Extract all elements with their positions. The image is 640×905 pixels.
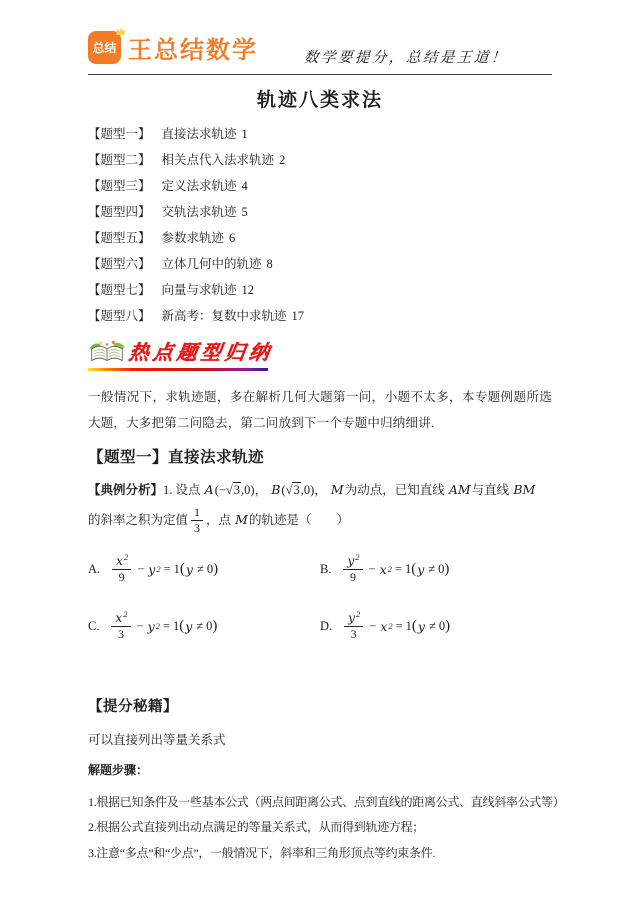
tips-line: 可以直接列出等量关系式 <box>88 730 552 748</box>
problem-text: 的轨迹是（ ） <box>249 513 349 527</box>
toc-item: 【题型四】交轨法求轨迹5 <box>88 199 552 225</box>
fraction-denominator: 3 <box>111 627 130 642</box>
toc-item: 【题型三】定义法求轨迹4 <box>88 173 552 199</box>
neq-sign: ≠ <box>194 562 207 577</box>
example-problem: 【典例分析】1. 设点 A(−√3,0)， B(√3,0)， M为动点，已知直线… <box>88 475 552 537</box>
step-item: 2.根据公式直接列出动点满足的等量关系式，从而得到轨迹方程； <box>88 815 552 841</box>
math-var-M: M <box>330 482 345 497</box>
neq-sign: ≠ <box>425 562 438 577</box>
tips-heading: 【提分秘籍】 <box>88 695 552 716</box>
fraction-numerator: 1 <box>191 505 203 521</box>
choice-label: D. <box>320 619 332 634</box>
toc-item-page: 12 <box>242 283 255 297</box>
sqrt-radical: √3 <box>226 476 241 505</box>
math-text: (− <box>215 483 226 497</box>
choice-D: D. y23 −x2 =1(y≠0) <box>320 610 552 643</box>
toc-item-text: 向量与求轨迹 <box>162 283 237 297</box>
problem-text: 与直线 <box>472 483 510 497</box>
toc-item: 【题型六】立体几何中的轨迹8 <box>88 251 552 277</box>
brand-badge: 总结 <box>88 31 121 64</box>
radical-sign: √ <box>286 483 293 497</box>
fraction-numerator: x2 <box>111 609 130 627</box>
toc-item-page: 6 <box>229 231 235 245</box>
math-var: y <box>147 619 156 634</box>
brand-name: 王总结数学 <box>128 30 258 65</box>
paren-close: ) <box>444 561 449 578</box>
fraction-numerator: y2 <box>344 609 363 627</box>
banner-gradient-underline <box>88 368 268 371</box>
equals-sign: = <box>393 619 406 634</box>
toc-item-text: 交轨法求轨迹 <box>162 205 237 219</box>
math-var: y <box>147 562 156 577</box>
toc-item: 【题型一】直接法求轨迹1 <box>88 121 552 147</box>
tips-steps-label: 解题步骤： <box>88 761 552 778</box>
fraction-numerator: y2 <box>343 552 362 570</box>
choice-label: C. <box>88 619 99 634</box>
fraction-denominator: 3 <box>191 521 203 536</box>
problem-line-1: 【典例分析】1. 设点 A(−√3,0)， B(√3,0)， M为动点，已知直线… <box>88 475 552 505</box>
toc-item: 【题型五】参数求轨迹6 <box>88 225 552 251</box>
problem-text: ，点 <box>206 513 231 527</box>
brand-slogan: 数学要提分，总结是王道！ <box>303 46 508 67</box>
math-var: x <box>379 562 388 577</box>
math-var: y <box>184 619 193 634</box>
toc-item-page: 1 <box>242 127 248 141</box>
sqrt-radical: √3 <box>286 476 301 505</box>
paren-close: ) <box>213 561 218 578</box>
hot-topics-banner: 热点题型归纳 <box>88 336 273 371</box>
fraction-denominator: 9 <box>343 570 362 585</box>
math-var-A: A <box>204 482 215 497</box>
example-label: 【典例分析】 <box>88 483 163 497</box>
toc-item-label: 【题型六】 <box>88 257 151 271</box>
choice-B: B. y29 −x2 =1(y≠0) <box>320 553 552 586</box>
radicand: 3 <box>233 482 241 497</box>
math-var-BM: BM <box>512 482 536 497</box>
math-var: y <box>417 619 426 634</box>
punctuation: ， <box>255 483 268 497</box>
problem-line-2: 的斜率之积为定值13，点 M的轨迹是（ ） <box>88 505 552 537</box>
intro-paragraph: 一般情况下，求轨迹题，多在解析几何大题第一问，小题不太多，本专题例题所选大题，大… <box>88 384 552 436</box>
steps-list: 1.根据已知条件及一些基本公式（两点间距离公式、点到直线的距离公式、直线斜率公式… <box>88 790 552 867</box>
section-heading: 【题型一】直接法求轨迹 <box>88 445 552 467</box>
choice-A: A. x29 −y2 =1(y≠0) <box>88 553 320 586</box>
problem-text: 为动点，已知直线 <box>345 483 445 497</box>
toc-item-page: 8 <box>267 257 273 271</box>
document-page: 总结 王总结数学 数学要提分，总结是王道！ 轨迹八类求法 【题型一】直接法求轨迹… <box>0 0 640 905</box>
minus-sign: − <box>134 619 147 634</box>
inline-fraction: 13 <box>191 505 203 536</box>
math-var-B: B <box>270 482 281 497</box>
toc-item-text: 相关点代入法求轨迹 <box>162 153 275 167</box>
math-text: ,0) <box>301 483 315 497</box>
equals-sign: = <box>160 619 173 634</box>
toc-item-label: 【题型一】 <box>88 127 151 141</box>
toc-item-text: 直接法求轨迹 <box>162 127 237 141</box>
fraction: x23 <box>111 609 130 642</box>
choice-list: A. x29 −y2 =1(y≠0) B. y29 −x2 =1(y≠0) C.… <box>88 553 552 643</box>
toc-item-page: 5 <box>242 205 248 219</box>
paren-close: ) <box>445 618 450 635</box>
header-divider <box>88 74 552 75</box>
toc-item-page: 17 <box>292 309 305 323</box>
neq-sign: ≠ <box>426 619 439 634</box>
toc-item-label: 【题型五】 <box>88 231 151 245</box>
toc-item-text: 定义法求轨迹 <box>162 179 237 193</box>
math-var: y <box>185 562 194 577</box>
open-book-icon <box>88 339 126 366</box>
minus-sign: − <box>134 562 147 577</box>
fraction-denominator: 3 <box>344 627 363 642</box>
page-header: 总结 王总结数学 数学要提分，总结是王道！ <box>88 30 552 67</box>
table-of-contents: 【题型一】直接法求轨迹1 【题型二】相关点代入法求轨迹2 【题型三】定义法求轨迹… <box>88 121 552 329</box>
radicand: 3 <box>292 482 300 497</box>
choice-label: B. <box>320 562 331 577</box>
toc-item-text: 新高考：复数中求轨迹 <box>162 309 287 323</box>
math-var: x <box>379 619 388 634</box>
minus-sign: − <box>366 562 379 577</box>
fraction: y23 <box>344 609 363 642</box>
punctuation: ， <box>314 483 327 497</box>
badge-text: 总结 <box>92 39 116 56</box>
problem-text: 的斜率之积为定值 <box>88 513 188 527</box>
fraction: y29 <box>343 552 362 585</box>
toc-item: 【题型八】新高考：复数中求轨迹17 <box>88 303 552 329</box>
equals-sign: = <box>392 562 405 577</box>
problem-number: 1. <box>163 483 172 497</box>
page-title: 轨迹八类求法 <box>88 85 552 112</box>
step-item: 1.根据已知条件及一些基本公式（两点间距离公式、点到直线的距离公式、直线斜率公式… <box>88 790 552 816</box>
neq-sign: ≠ <box>193 619 206 634</box>
fraction-denominator: 9 <box>112 570 131 585</box>
toc-item: 【题型七】向量与求轨迹12 <box>88 277 552 303</box>
radical-sign: √ <box>226 483 233 497</box>
fraction: x29 <box>112 552 131 585</box>
toc-item-page: 2 <box>279 153 285 167</box>
step-item: 3.注意“多点”和“少点”，一般情况下，斜率和三角形顶点等约束条件. <box>88 841 552 867</box>
banner-title: 热点题型归纳 <box>127 336 275 366</box>
toc-item-text: 立体几何中的轨迹 <box>162 257 262 271</box>
math-var: y <box>416 562 425 577</box>
toc-item: 【题型二】相关点代入法求轨迹2 <box>88 147 552 173</box>
choice-label: A. <box>88 562 100 577</box>
minus-sign: − <box>366 619 379 634</box>
math-var-AM: AM <box>448 482 472 497</box>
tips-section: 【提分秘籍】 可以直接列出等量关系式 解题步骤： 1.根据已知条件及一些基本公式… <box>88 695 552 867</box>
toc-item-label: 【题型二】 <box>88 153 151 167</box>
equals-sign: = <box>161 562 174 577</box>
fraction-numerator: x2 <box>112 552 131 570</box>
problem-text: 设点 <box>176 483 201 497</box>
choice-C: C. x23 −y2 =1(y≠0) <box>88 610 320 643</box>
toc-item-label: 【题型四】 <box>88 205 151 219</box>
math-text: ,0) <box>241 483 255 497</box>
brand-logo: 总结 王总结数学 <box>88 30 258 65</box>
toc-item-page: 4 <box>242 179 248 193</box>
toc-item-label: 【题型三】 <box>88 179 151 193</box>
paren-close: ) <box>212 618 217 635</box>
crown-icon <box>116 27 125 35</box>
toc-item-text: 参数求轨迹 <box>162 231 225 245</box>
toc-item-label: 【题型八】 <box>88 309 151 323</box>
toc-item-label: 【题型七】 <box>88 283 151 297</box>
math-var-M: M <box>234 512 249 527</box>
